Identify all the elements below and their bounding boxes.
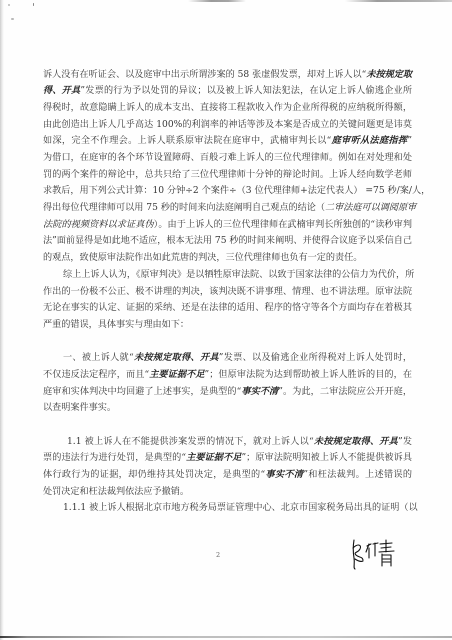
text-segment: 罚的两个案件的辩论中，总共只给了三位代理律师十分钟的辩论时间。上诉人经向数学老师 (43, 170, 412, 180)
text-segment: 为借口，在庭审的各个环节设置障碍、百般刁难上诉人的三位代理律师。例如在对处理和处 (43, 153, 412, 163)
text-line: 庭审和实体判决中均回避了上述事实，是典型的“事实不清”。为此，二审法院应公开开庭… (43, 384, 412, 401)
text-line: 求教后，用下列公式计算：10 分钟÷2 个案件÷（3 位代理律师+法定代表人） … (43, 183, 412, 200)
document-body: 诉人没有在听证会、以及庭审中出示所谓涉案的 58 张虚假发票，却对上诉人以“未按… (43, 67, 412, 518)
emphasized-text: 庭审听从法庭指挥 (331, 135, 407, 146)
scan-edge-shadow-bottom (0, 636, 452, 638)
text-segment: 无论在事实的认定、证据的采纳、还是在法律的适用、程序的恪守等各个方面均存在着极其 (43, 303, 412, 313)
emphasized-text: 事实不清 (241, 386, 278, 397)
scan-edge-shadow-left (0, 0, 4, 640)
section-heading-line: 1.1.1 被上诉人根据北京市地方税务局票证管理中心、北京市国家税务局出具的证明… (43, 500, 412, 517)
section-heading-line: 一、被上诉人就“未按规定取得、开具”发票、以及偷逃企业所得税对上诉人处罚时， (43, 350, 412, 367)
text-line: 以查明案件事实。 (43, 400, 412, 417)
section-1-1-1: 1.1.1 被上诉人根据北京市地方税务局票证管理中心、北京市国家税务局出具的证明… (43, 500, 412, 517)
text-segment: 1.1 被上诉人在不能提供涉案发票的情况下，就对上诉人以“ (67, 437, 314, 447)
text-segment: 得出每位代理律师可以用 75 秒的时间来向法庭阐明自己观点的结论（ (43, 203, 325, 213)
text-segment: 体行政行为的证据，却仍维持其处罚决定，是典型的“ (43, 470, 265, 480)
emphasized-text: 未按规定取 (366, 69, 412, 80)
section-heading-line: 1.1 被上诉人在不能提供涉案发票的情况下，就对上诉人以“未按规定取得、开具”发 (43, 434, 412, 451)
text-segment: 不仅违反法定程序，而且“ (43, 370, 149, 380)
text-segment: 法”面前显得是如此地不适应，根本无法用 75 秒的时间来阐明、并使得合议庭予以采… (43, 236, 412, 246)
text-segment: 处罚决定和枉法裁判依法应予撤销。 (43, 487, 189, 497)
text-segment: 作出的一份极不公正、极不讲理的判决，该判决既不讲事理、情理、也不讲法理。原审法院 (43, 287, 412, 297)
text-segment: ”。为此，二审法院应公开开庭， (278, 387, 412, 397)
text-line: 票的违法行为进行处罚，是典型的“主要证据不足”；原审法院明知被上诉人不能提供被诉… (43, 450, 412, 467)
emphasized-text: 二审法庭可以调阅原审 (325, 203, 416, 213)
scan-edge-shadow-top (188, 0, 246, 2)
text-line: 如深，完全不作理会。上诉人联系原审法院在庭审中，武楠审判长以“庭审听从法庭指挥” (43, 133, 412, 150)
text-segment: 以查明案件事实。 (43, 403, 116, 413)
text-segment: 1.1.1 被上诉人根据北京市地方税务局票证管理中心、北京市国家税务局出具的证明… (63, 503, 418, 513)
text-line: 得出每位代理律师可以用 75 秒的时间来向法庭阐明自己观点的结论（二审法庭可以调… (43, 200, 412, 217)
text-line: 严重的错误，具体事实与理由如下： (43, 317, 412, 334)
emphasized-text: 法院的视频资料以求证真伪 (43, 220, 154, 230)
emphasized-text: 主要证据不足 (186, 452, 241, 463)
paragraph-continuation: 诉人没有在听证会、以及庭审中出示所谓涉案的 58 张虚假发票，却对上诉人以“未按… (43, 67, 412, 267)
text-segment: 的观点，致使原审法院作出如此荒唐的判决，三位代理律师也负有一定的责任。 (43, 253, 362, 263)
text-line: 综上上诉人认为，《原审判决》是以牺牲原审法院、以致于国家法律的公信力为代价，所 (43, 267, 412, 284)
text-segment: ”发 (398, 437, 412, 447)
paragraph-gap (43, 334, 412, 351)
document-page: 诉人没有在听证会、以及庭审中出示所谓涉案的 58 张虚假发票，却对上诉人以“未按… (0, 0, 452, 640)
handwritten-signature (350, 537, 396, 571)
text-segment: ”发票、以及偷逃企业所得税对上诉人处罚时， (219, 353, 412, 363)
text-line: 无论在事实的认定、证据的采纳、还是在法律的适用、程序的恪守等各个方面均存在着极其 (43, 300, 412, 317)
paragraph-summary: 综上上诉人认为，《原审判决》是以牺牲原审法院、以致于国家法律的公信力为代价，所 … (43, 267, 412, 334)
text-line: 的观点，致使原审法院作出如此荒唐的判决，三位代理律师也负有一定的责任。 (43, 250, 412, 267)
text-segment: ”；原审法院明知被上诉人不能提供被诉具 (241, 453, 412, 463)
text-line: 作出的一份极不公正、极不讲理的判决，该判决既不讲事理、情理、也不讲法理。原审法院 (43, 284, 412, 301)
text-segment: 如深，完全不作理会。上诉人联系原审法院在庭审中，武楠审判长以“ (43, 136, 331, 146)
emphasized-text: 主要证据不足 (149, 369, 204, 380)
scan-speck (8, 4, 10, 6)
section-1-1: 1.1 被上诉人在不能提供涉案发票的情况下，就对上诉人以“未按规定取得、开具”发… (43, 434, 412, 501)
paragraph-gap (43, 417, 412, 434)
emphasized-text: 未按规定取得、开具 (134, 352, 219, 363)
text-line: 诉人没有在听证会、以及庭审中出示所谓涉案的 58 张虚假发票，却对上诉人以“未按… (43, 67, 412, 84)
text-line: 得、开具”发票的行为予以处罚的异议；以及被上诉人知法犯法，在认定上诉人偷逃企业所 (43, 83, 412, 100)
text-line: 法院的视频资料以求证真伪）。由于上诉人的三位代理律师在武楠审判长所独创的“读秒审… (43, 217, 412, 234)
text-line: 由此创造出上诉人几乎高达 100%的利润率的神话等涉及本案是否成立的关键问题更是… (43, 117, 412, 134)
text-segment: 求教后，用下列公式计算：10 分钟÷2 个案件÷（3 位代理律师+法定代表人） … (43, 186, 430, 196)
text-segment: ）。由于上诉人的三位代理律师在武楠审判长所独创的“读秒审判 (154, 220, 412, 230)
text-segment: ” (407, 136, 412, 146)
scan-speck (11, 18, 14, 20)
emphasized-text: 得、开具 (43, 85, 80, 96)
scan-edge-shadow-top (345, 0, 452, 2)
text-segment: 严重的错误，具体事实与理由如下： (43, 320, 189, 330)
section-1: 一、被上诉人就“未按规定取得、开具”发票、以及偷逃企业所得税对上诉人处罚时， 不… (43, 350, 412, 417)
text-segment: 一、被上诉人就“ (63, 353, 134, 363)
text-line: 处罚决定和枉法裁判依法应予撤销。 (43, 484, 412, 501)
text-line: 为借口，在庭审的各个环节设置障碍、百般刁难上诉人的三位代理律师。例如在对处理和处 (43, 150, 412, 167)
text-line: 得税时，故意隐瞒上诉人的成本支出、直接将工程款收入作为企业所得税的应纳税所得额， (43, 100, 412, 117)
text-segment: 综上上诉人认为，《原审判决》是以牺牲原审法院、以致于国家法律的公信力为代价，所 (63, 270, 414, 280)
emphasized-text: 事实不清 (265, 469, 303, 480)
text-line: 法”面前显得是如此地不适应，根本无法用 75 秒的时间来阐明、并使得合议庭予以采… (43, 233, 412, 250)
text-segment: ”；但原审法院为达到帮助被上诉人胜诉的目的，在 (205, 370, 412, 380)
page-number: 2 (216, 551, 220, 559)
text-segment: 庭审和实体判决中均回避了上述事实，是典型的“ (43, 387, 241, 397)
text-segment: ”发票的行为予以处罚的异议；以及被上诉人知法犯法，在认定上诉人偷逃企业所 (80, 86, 412, 96)
emphasized-text: 未按规定取得、开具 (314, 436, 398, 447)
text-segment: ”和枉法裁判。上述错误的 (303, 470, 412, 480)
text-line: 罚的两个案件的辩论中，总共只给了三位代理律师十分钟的辩论时间。上诉人经向数学老师 (43, 167, 412, 184)
text-segment: 由此创造出上诉人几乎高达 100%的利润率的神话等涉及本案是否成立的关键问题更是… (43, 120, 412, 130)
text-segment: 诉人没有在听证会、以及庭审中出示所谓涉案的 58 张虚假发票，却对上诉人以“ (43, 70, 366, 80)
text-line: 不仅违反法定程序，而且“主要证据不足”；但原审法院为达到帮助被上诉人胜诉的目的，… (43, 367, 412, 384)
text-segment: 票的违法行为进行处罚，是典型的“ (43, 453, 186, 463)
text-line: 体行政行为的证据，却仍维持其处罚决定，是典型的“事实不清”和枉法裁判。上述错误的 (43, 467, 412, 484)
text-segment: 得税时，故意隐瞒上诉人的成本支出、直接将工程款收入作为企业所得税的应纳税所得额， (43, 103, 412, 113)
scan-speck (33, 3, 34, 6)
